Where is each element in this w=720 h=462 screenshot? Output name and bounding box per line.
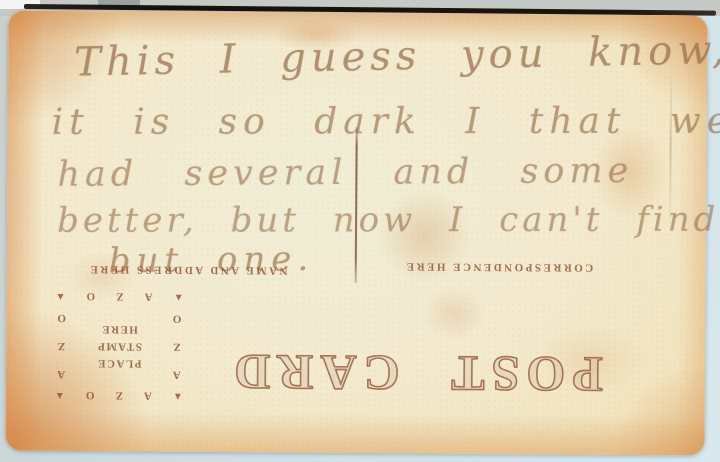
stamp-brand-letter: A: [57, 368, 65, 380]
triangle-icon: ▲: [56, 291, 66, 301]
stamp-brand-letter: Z: [58, 340, 65, 352]
triangle-icon: ▲: [173, 391, 183, 401]
stamp-box-left-edge: A Z O: [172, 305, 181, 389]
triangle-icon: ▲: [174, 292, 184, 302]
stamp-box-bottom-edge: ▲ A Z O ▲: [54, 289, 184, 305]
stamp-box-right-edge: A Z O: [57, 304, 66, 388]
stamp-brand-letter: A: [173, 369, 181, 381]
stamp-box: ▲ A Z O ▲ A Z O PLACE STAMP HERE A: [54, 287, 185, 404]
handwriting-line: had several and some: [57, 151, 633, 195]
handwriting-line: This I guess you know,: [74, 27, 720, 86]
correspondence-label: CORRESPONDENCE HERE: [399, 260, 599, 273]
stamp-brand-letter: Z: [115, 390, 122, 402]
stamp-brand-letter: Z: [116, 291, 123, 303]
scanner-background: This I guess you know, it is so dark I t…: [0, 0, 720, 462]
stamp-brand-letter: O: [86, 390, 95, 402]
stamp-brand-letter: Z: [173, 341, 180, 353]
place-stamp-here-text: PLACE STAMP HERE: [96, 304, 142, 388]
postcard: This I guess you know, it is so dark I t…: [5, 11, 707, 456]
stamp-box-line: PLACE: [97, 357, 142, 369]
stamp-box-top-edge: ▲ A Z O ▲: [54, 388, 184, 404]
stamp-brand-letter: O: [57, 312, 66, 324]
stamp-brand-letter: O: [173, 313, 182, 325]
stamp-box-line: HERE: [101, 323, 138, 335]
name-address-label: NAME AND ADDRESS HERE: [77, 263, 299, 277]
handwriting-line: better, but now I can't find: [57, 200, 719, 241]
stamp-brand-letter: A: [145, 291, 153, 303]
stamp-box-line: STAMP: [97, 340, 142, 352]
stamp-brand-letter: O: [87, 291, 96, 303]
post-card-title: POST CARD: [236, 333, 595, 413]
stamp-brand-letter: A: [144, 390, 152, 402]
stain: [421, 285, 486, 340]
triangle-icon: ▲: [55, 390, 65, 400]
handwriting-line: it is so dark I that we: [52, 101, 720, 143]
